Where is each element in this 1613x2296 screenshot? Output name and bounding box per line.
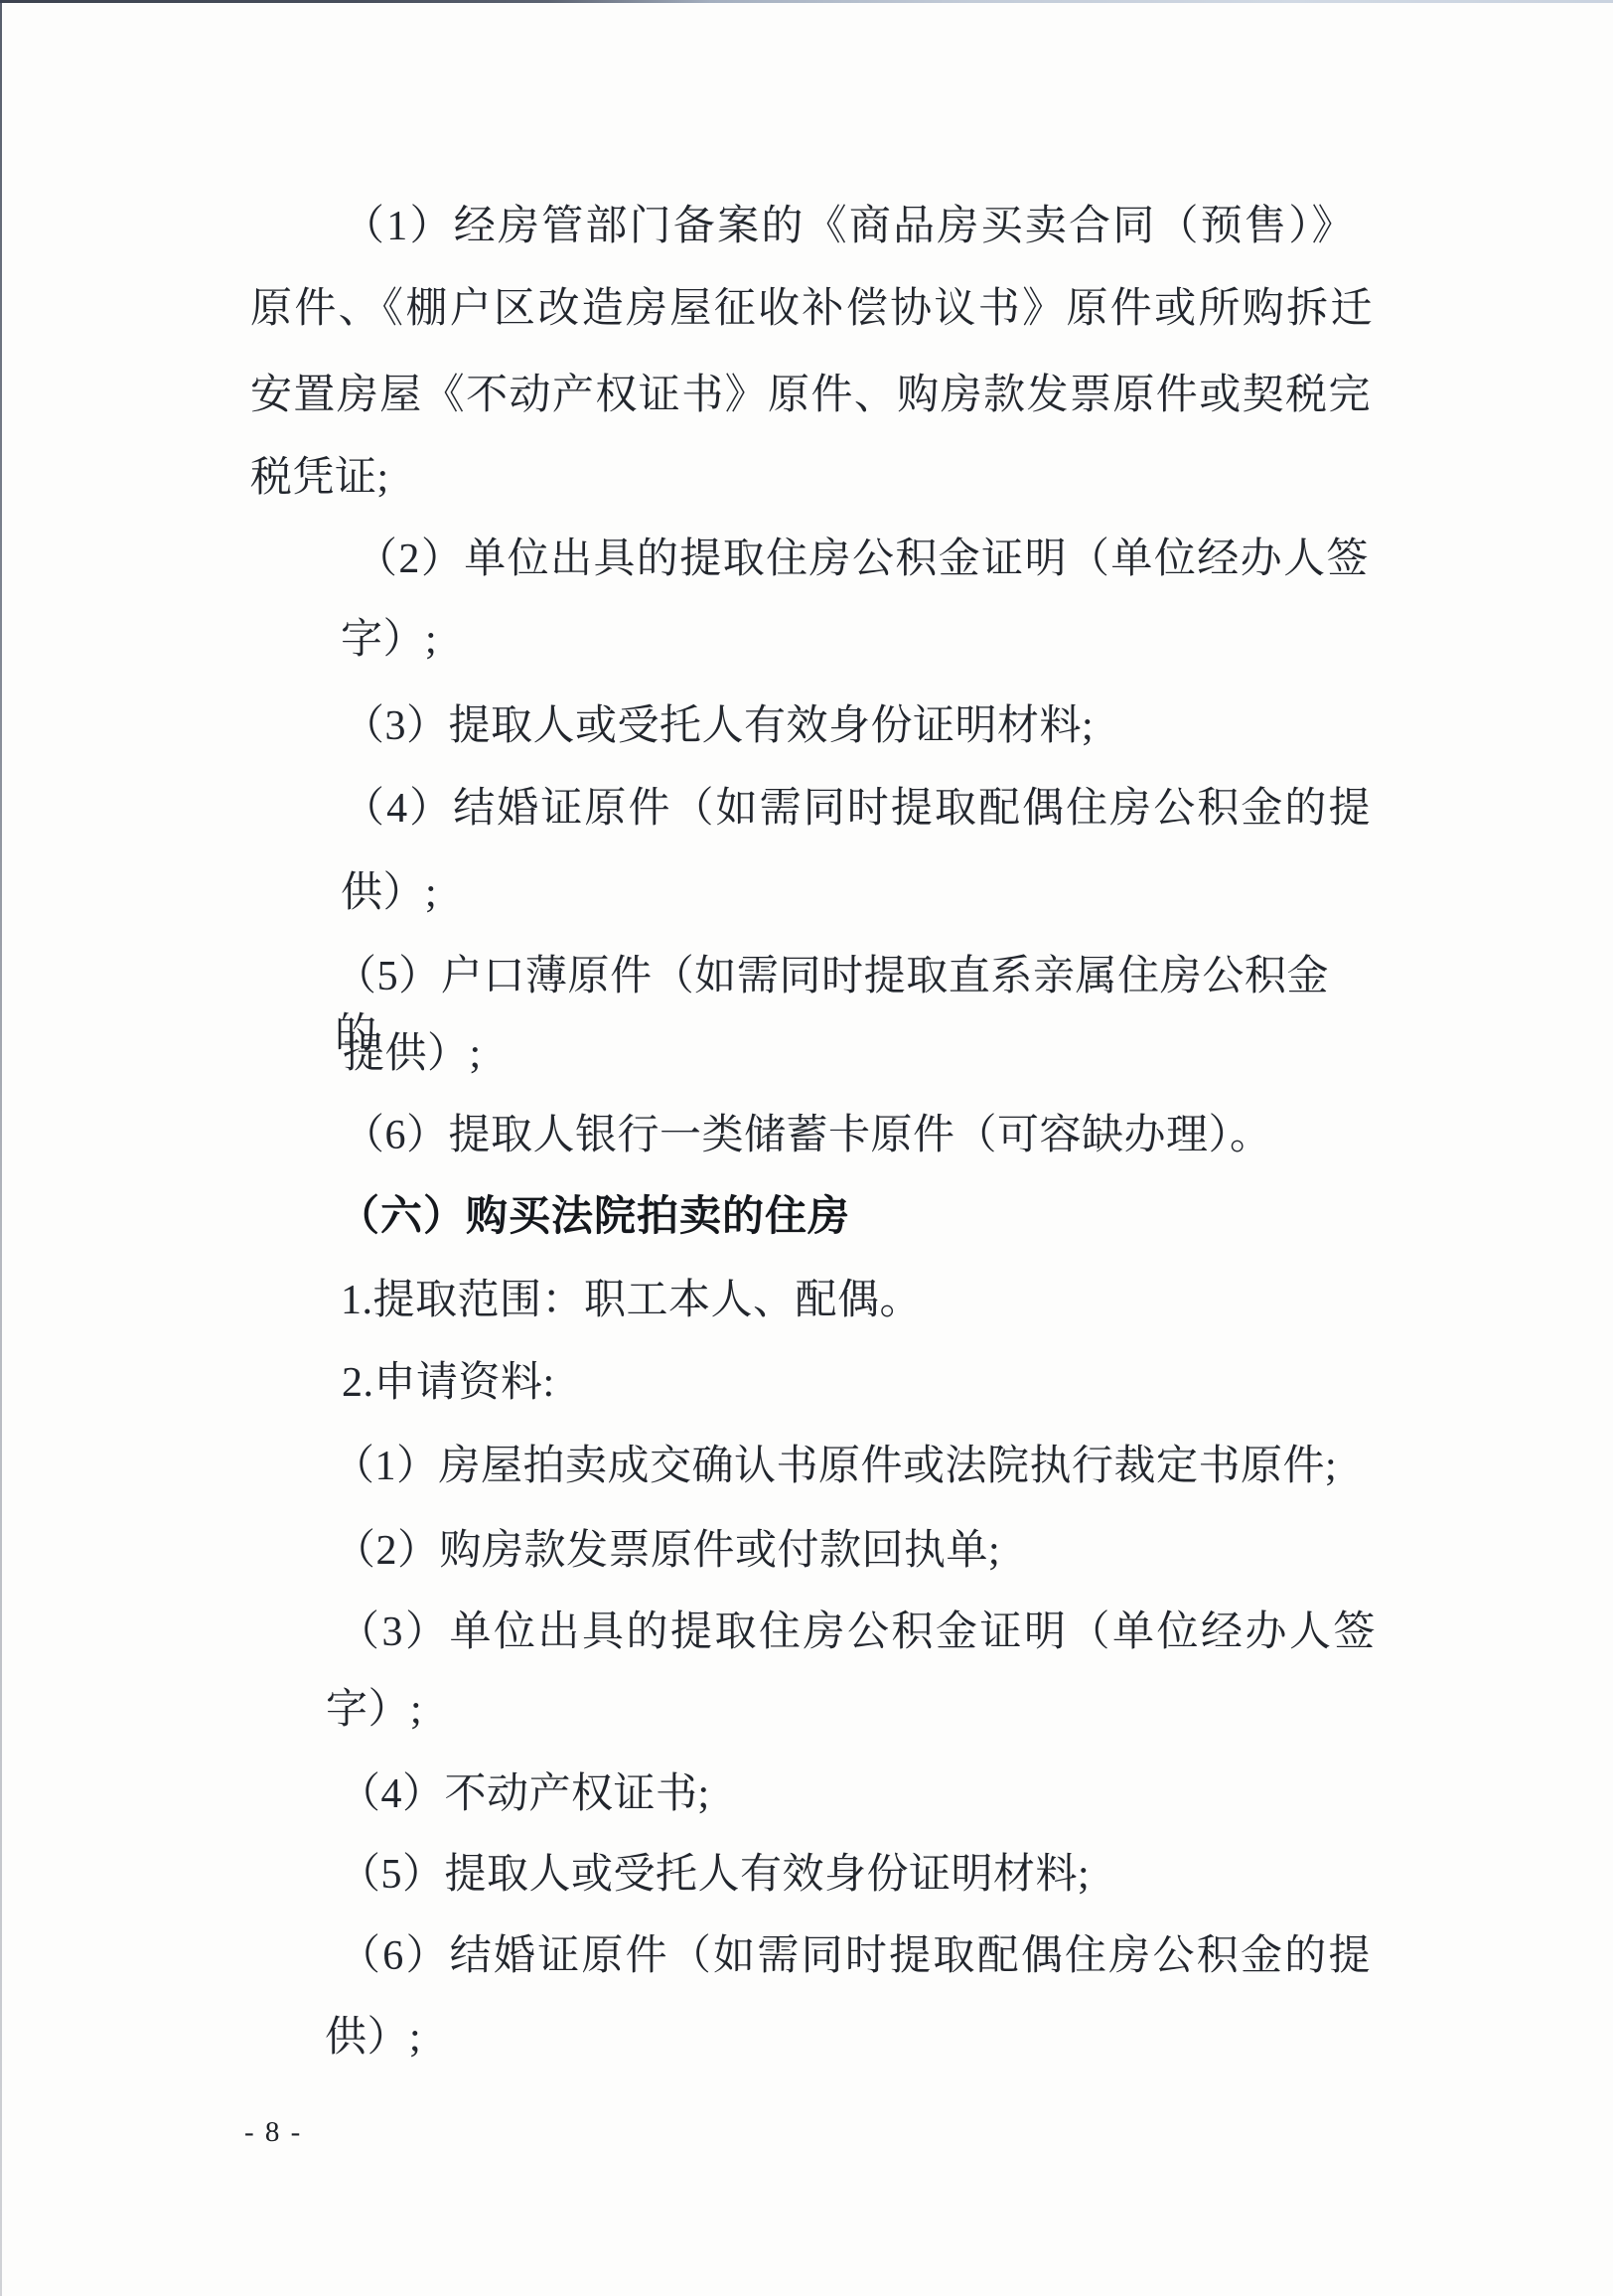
item-4-line-2: 供）; — [341, 864, 437, 922]
document-page: （1）经房管部门备案的《商品房买卖合同（预售）》 原件、《棚户区改造房屋征收补偿… — [0, 0, 1613, 2296]
s6-item-5-line-1: （5）提取人或受托人有效身份证明材料; — [339, 1846, 1090, 1904]
item-4-line-1: （4）结婚证原件（如需同时提取配偶住房公积金的提 — [343, 780, 1371, 838]
s6-item-3-line-2: 字）; — [326, 1681, 422, 1739]
scan-left-edge-artifact — [0, 0, 2, 2296]
item-6-line-1: （6）提取人银行一类储蓄卡原件（可容缺办理）。 — [343, 1107, 1272, 1164]
item-2-line-2: 字）; — [341, 611, 437, 669]
s6-item-1-line-1: （1）房屋拍卖成交确认书原件或法院执行裁定书原件; — [333, 1438, 1337, 1495]
s6-item-3-line-1: （3）单位出具的提取住房公积金证明（单位经办人签 — [338, 1604, 1376, 1661]
page-number: - 8 - — [244, 2114, 302, 2150]
item-1-line-3: 安置房屋《不动产权证书》原件、购房款发票原件或契税完 — [250, 367, 1371, 424]
item-3-line-1: （3）提取人或受托人有效身份证明材料; — [343, 697, 1094, 755]
section-heading: （六）购买法院拍卖的住房 — [338, 1187, 850, 1245]
item-2-line-1: （2）单位出具的提取住房公积金证明（单位经办人签 — [356, 531, 1369, 588]
item-1-line-4: 税凭证; — [250, 449, 389, 507]
item-1-line-2: 原件、《棚户区改造房屋征收补偿协议书》原件或所购拆迁 — [250, 280, 1373, 338]
scope-line: 1.提取范围：职工本人、配偶。 — [341, 1272, 922, 1329]
item-5-line-1: （5）户口薄原件（如需同时提取直系亲属住房公积金的 — [335, 948, 1329, 1063]
materials-label-line: 2.申请资料: — [342, 1354, 555, 1412]
item-1-line-1: （1）经房管部门备案的《商品房买卖合同（预售）》 — [343, 198, 1354, 255]
s6-item-6-line-1: （6）结婚证原件（如需同时提取配偶住房公积金的提 — [339, 1927, 1371, 1985]
s6-item-4-line-1: （4）不动产权证书; — [339, 1765, 710, 1823]
s6-item-6-line-2: 供）; — [325, 2009, 421, 2066]
scan-top-edge-artifact — [0, 0, 1613, 3]
item-5-line-2: 提供）; — [343, 1025, 482, 1083]
s6-item-2-line-1: （2）购房款发票原件或付款回执单; — [334, 1522, 1000, 1580]
